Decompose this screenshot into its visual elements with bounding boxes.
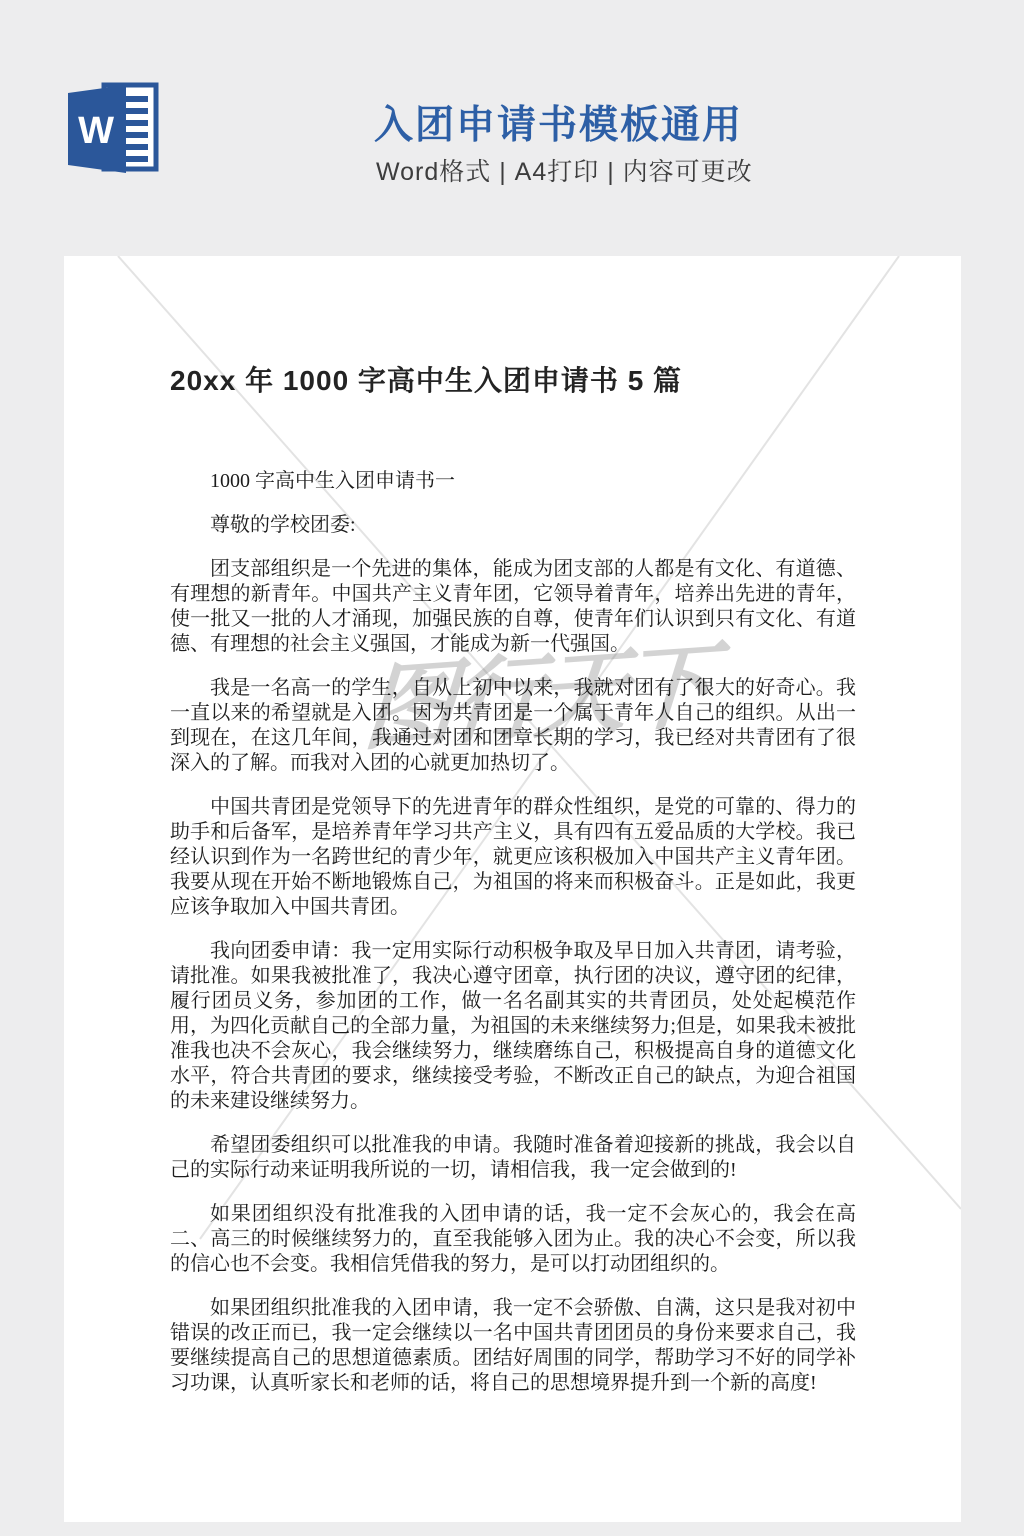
paragraph-body: 团支部组织是一个先进的集体，能成为团支部的人都是有文化、有道德、有理想的新青年。… <box>170 557 856 657</box>
document-title: 20xx 年 1000 字高中生入团申请书 5 篇 <box>170 366 856 396</box>
paragraph-body: 希望团委组织可以批准我的申请。我随时准备着迎接新的挑战，我会以自己的实际行动来证… <box>170 1133 856 1183</box>
paragraph-salutation: 尊敬的学校团委: <box>170 513 856 538</box>
paragraph-body: 我是一名高一的学生，自从上初中以来，我就对团有了很大的好奇心。我一直以来的希望就… <box>170 676 856 776</box>
paragraph-subtitle: 1000 字高中生入团申请书一 <box>170 469 856 494</box>
paragraph-body: 中国共青团是党领导下的先进青年的群众性组织，是党的可靠的、得力的助手和后备军，是… <box>170 795 856 920</box>
paragraph-body: 如果团组织没有批准我的入团申请的话，我一定不会灰心的，我会在高二、高三的时候继续… <box>170 1202 856 1277</box>
page-subtitle: Word格式 | A4打印 | 内容可更改 <box>376 152 753 188</box>
document-content: 20xx 年 1000 字高中生入团申请书 5 篇 1000 字高中生入团申请书… <box>64 256 961 1396</box>
page-header: W 入团申请书模板通用 Word格式 | A4打印 | 内容可更改 <box>0 0 1024 230</box>
paragraph-body: 如果团组织批准我的入团申请，我一定不会骄傲、自满，这只是我对初中错误的改正而已，… <box>170 1296 856 1396</box>
svg-text:W: W <box>78 110 114 152</box>
document-body: 1000 字高中生入团申请书一 尊敬的学校团委: 团支部组织是一个先进的集体，能… <box>170 469 856 1396</box>
word-file-icon: W <box>62 80 160 178</box>
paragraph-body: 我向团委申请：我一定用实际行动积极争取及早日加入共青团，请考验，请批准。如果我被… <box>170 939 856 1114</box>
document-paper: 图行天下 20xx 年 1000 字高中生入团申请书 5 篇 1000 字高中生… <box>64 256 961 1522</box>
page-title: 入团申请书模板通用 <box>374 94 743 150</box>
